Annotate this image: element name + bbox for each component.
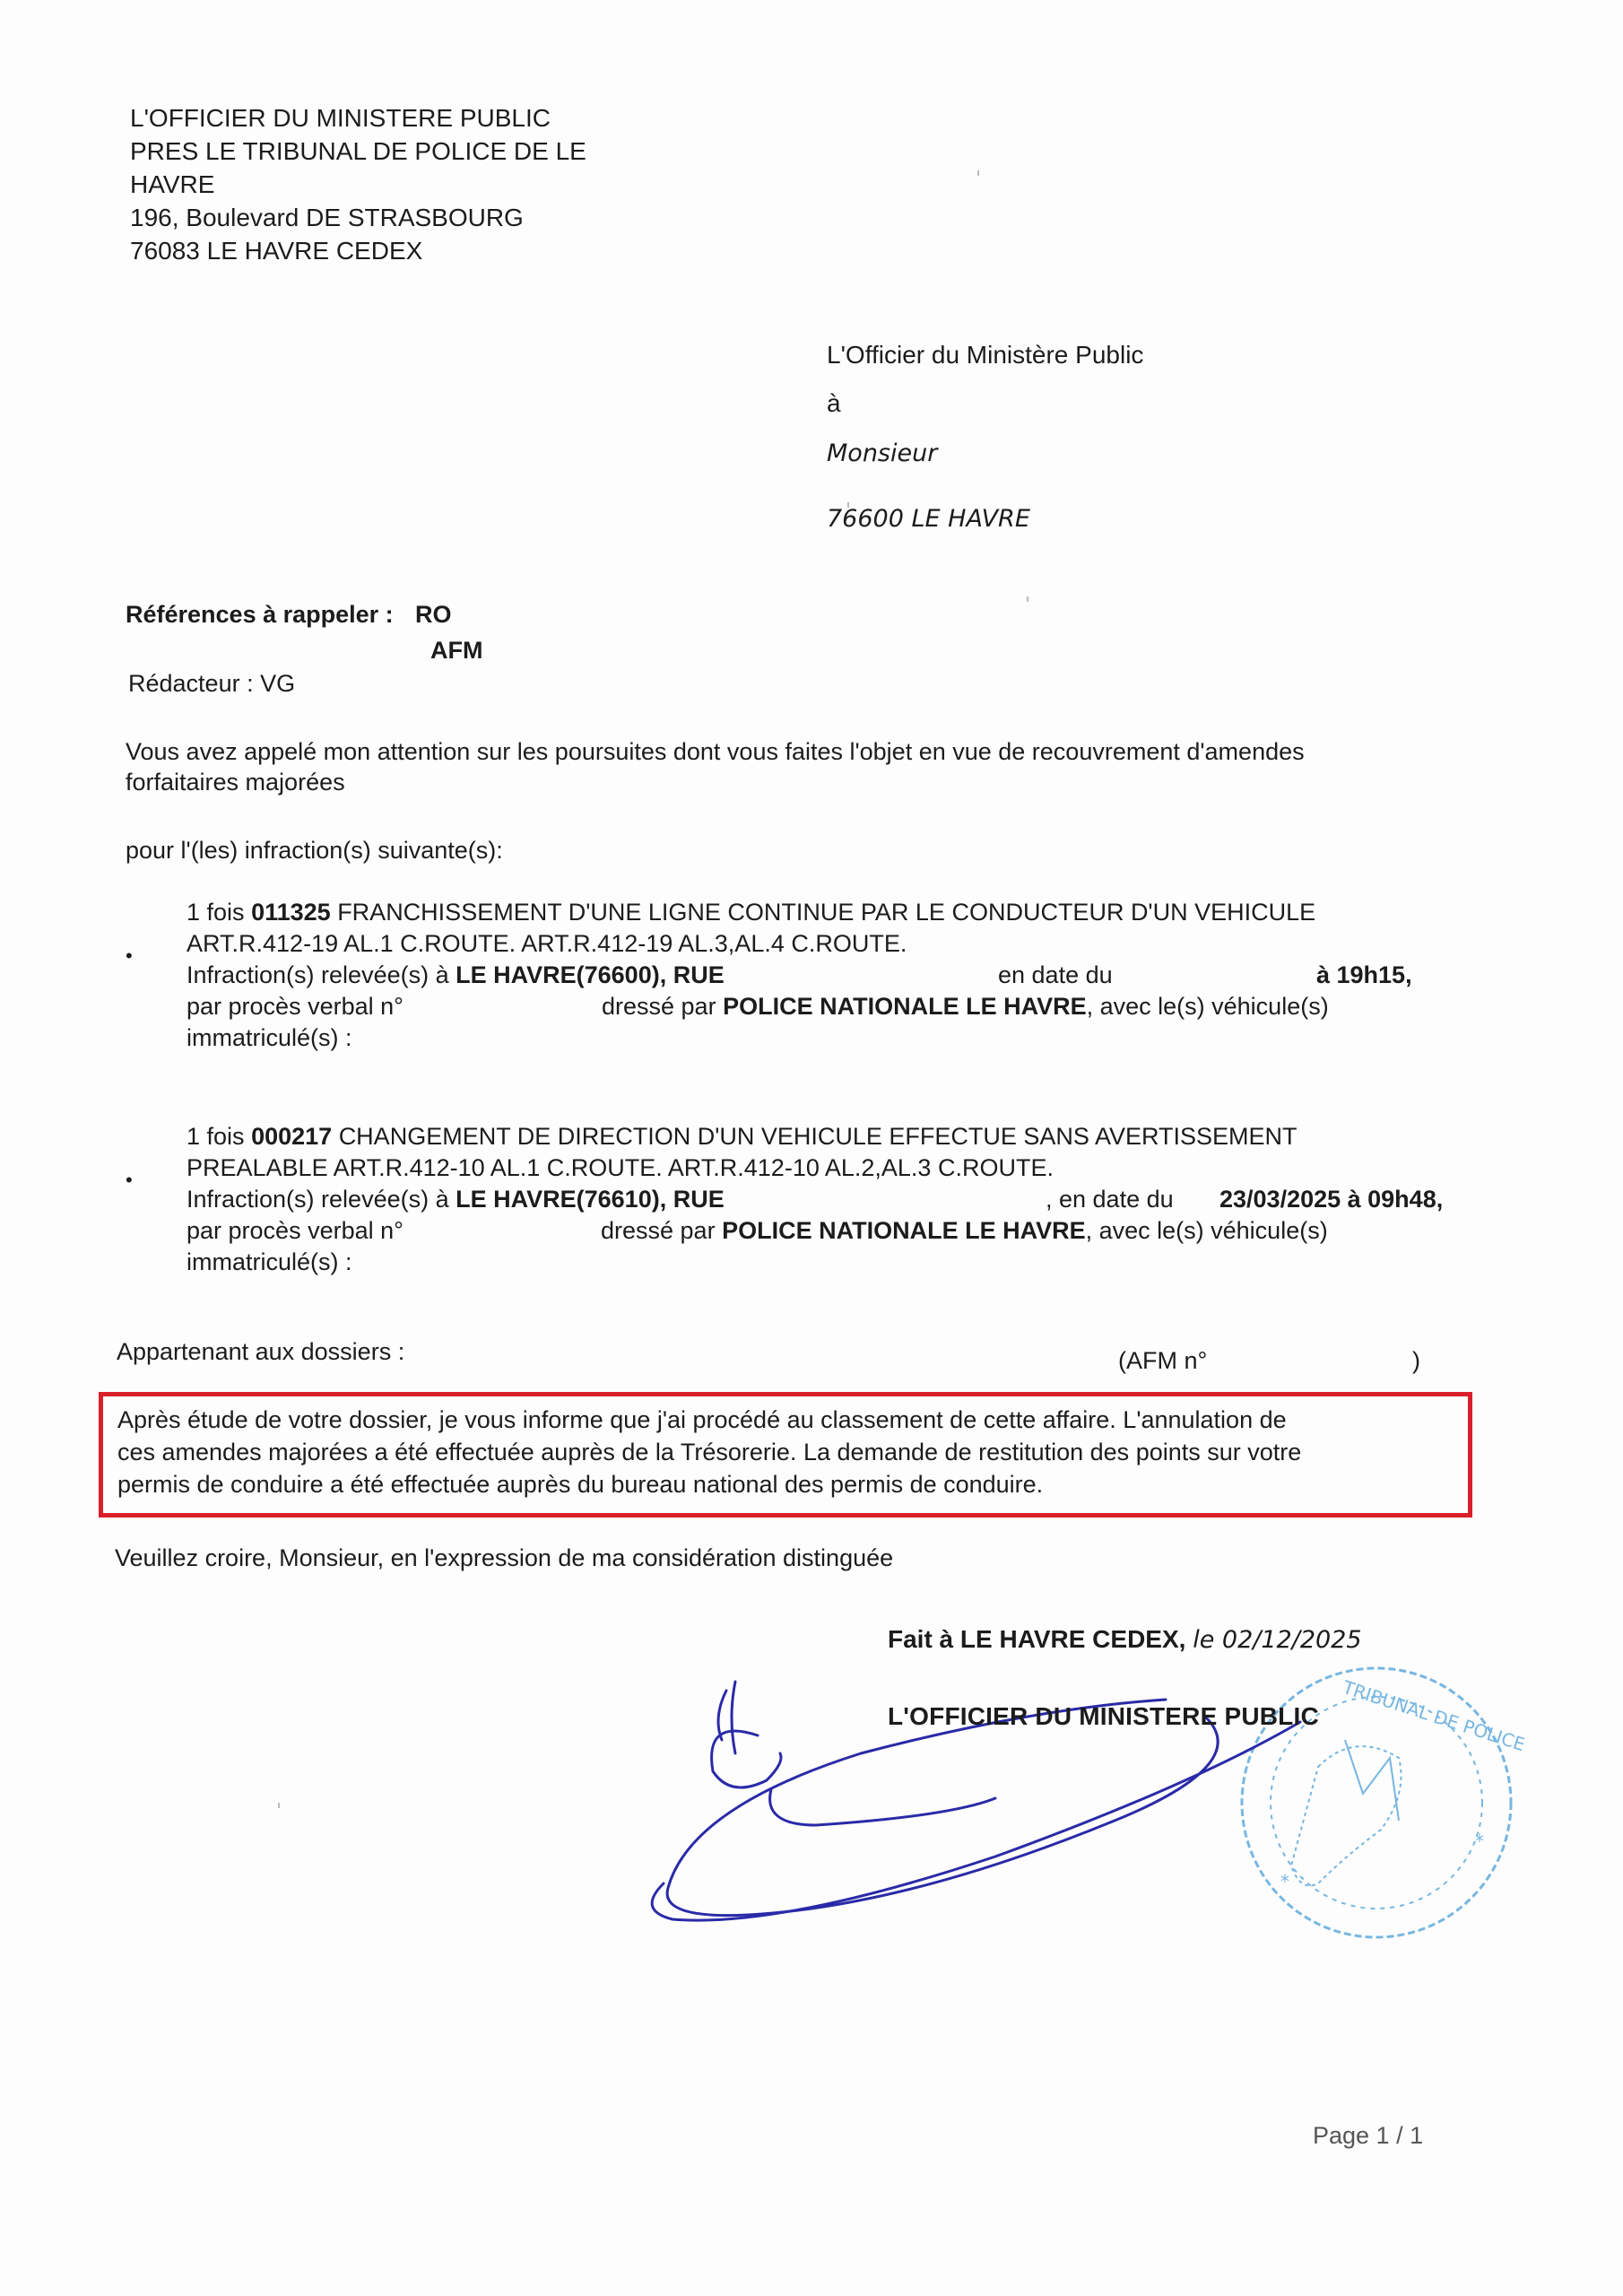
signatory-title: L'OFFICIER DU MINISTERE PUBLIC — [888, 1702, 1319, 1731]
recipient-city: 76600 LE HAVRE — [827, 505, 1030, 533]
signature-place-date: Fait à LE HAVRE CEDEX, le 02/12/2025 — [888, 1625, 1362, 1654]
infraction-registered: immatriculé(s) : — [187, 1022, 1315, 1054]
infraction-articles: ART.R.412-19 AL.1 C.ROUTE. ART.R.412-19 … — [187, 928, 1315, 960]
bullet-icon: • — [126, 940, 133, 971]
signature-date: le 02/12/2025 — [1193, 1626, 1361, 1654]
bullet-icon: • — [126, 1164, 133, 1196]
infraction-title-line: 1 fois 011325 FRANCHISSEMENT D'UNE LIGNE… — [187, 897, 1315, 928]
infraction-pv-line: par procès verbal n° dressé par POLICE N… — [187, 991, 1315, 1022]
page-number: Page 1 / 1 — [1313, 2122, 1423, 2150]
infraction-location-line: Infraction(s) relevée(s) à LE HAVRE(7660… — [187, 960, 1315, 991]
scan-speck — [977, 170, 979, 176]
infraction-time: à 19h15, — [1316, 960, 1412, 991]
decision-text: Après étude de votre dossier, je vous in… — [117, 1404, 1301, 1500]
intro-line: Vous avez appelé mon attention sur les p… — [126, 736, 1305, 767]
infraction-agency: POLICE NATIONALE LE HAVRE — [722, 1217, 1086, 1244]
infraction-title: FRANCHISSEMENT D'UNE LIGNE CONTINUE PAR … — [337, 899, 1315, 926]
infraction-code: 000217 — [251, 1123, 332, 1150]
infraction-articles: PREALABLE ART.R.412-10 AL.1 C.ROUTE. ART… — [187, 1152, 1298, 1184]
infraction-pv-line: par procès verbal n° dressé par POLICE N… — [187, 1215, 1298, 1247]
scan-speck — [278, 1803, 280, 1808]
scan-speck — [1027, 596, 1028, 602]
dossiers-label: Appartenant aux dossiers : — [117, 1336, 404, 1367]
infraction-date: 23/03/2025 à 09h48, — [1219, 1184, 1443, 1215]
infraction-registered: immatriculé(s) : — [187, 1247, 1298, 1278]
references-label: Références à rappeler : — [126, 601, 394, 629]
sender-line: HAVRE — [130, 168, 586, 201]
signature-place: Fait à LE HAVRE CEDEX, — [888, 1625, 1185, 1653]
infraction-place: LE HAVRE(76600), RUE — [456, 961, 725, 988]
reference-afm: AFM — [430, 637, 482, 665]
redacteur: Rédacteur : VG — [128, 670, 295, 698]
infraction-agency: POLICE NATIONALE LE HAVRE — [723, 993, 1087, 1020]
decision-highlight-box: Après étude de votre dossier, je vous in… — [99, 1392, 1472, 1518]
infraction-title-line: 1 fois 000217 CHANGEMENT DE DIRECTION D'… — [187, 1121, 1298, 1152]
intro-paragraph: Vous avez appelé mon attention sur les p… — [126, 736, 1305, 797]
closing-salutation: Veuillez croire, Monsieur, en l'expressi… — [115, 1543, 893, 1573]
afm-number-prefix: (AFM n° — [1118, 1345, 1207, 1376]
recipient-to-word: à — [827, 389, 841, 418]
infractions-label: pour l'(les) infraction(s) suivante(s): — [126, 835, 503, 865]
sender-address: L'OFFICIER DU MINISTERE PUBLIC PRES LE T… — [130, 101, 586, 267]
sender-line: PRES LE TRIBUNAL DE POLICE DE LE — [130, 135, 586, 168]
intro-line: forfaitaires majorées — [126, 767, 1305, 797]
recipient-from: L'Officier du Ministère Public — [827, 341, 1143, 370]
infraction-item: • 1 fois 000217 CHANGEMENT DE DIRECTION … — [126, 1121, 1524, 1283]
infraction-place: LE HAVRE(76610), RUE — [456, 1186, 725, 1213]
recipient-name: Monsieur — [827, 439, 937, 467]
afm-number-suffix: ) — [1412, 1345, 1420, 1376]
scan-speck — [847, 502, 849, 508]
svg-text:TRIBUNAL DE POLICE: TRIBUNAL DE POLICE — [1340, 1676, 1524, 1756]
svg-text:*: * — [1475, 1831, 1484, 1852]
infraction-title: CHANGEMENT DE DIRECTION D'UN VEHICULE EF… — [339, 1123, 1298, 1150]
infraction-item: • 1 fois 011325 FRANCHISSEMENT D'UNE LIG… — [126, 897, 1524, 1058]
infraction-location-line: Infraction(s) relevée(s) à LE HAVRE(7661… — [187, 1184, 1298, 1215]
reference-ro: RO — [415, 601, 452, 629]
sender-line: 76083 LE HAVRE CEDEX — [130, 234, 586, 267]
svg-text:*: * — [1280, 1871, 1289, 1892]
sender-line: L'OFFICIER DU MINISTERE PUBLIC — [130, 101, 586, 135]
sender-line: 196, Boulevard DE STRASBOURG — [130, 201, 586, 234]
infraction-code: 011325 — [251, 899, 331, 926]
